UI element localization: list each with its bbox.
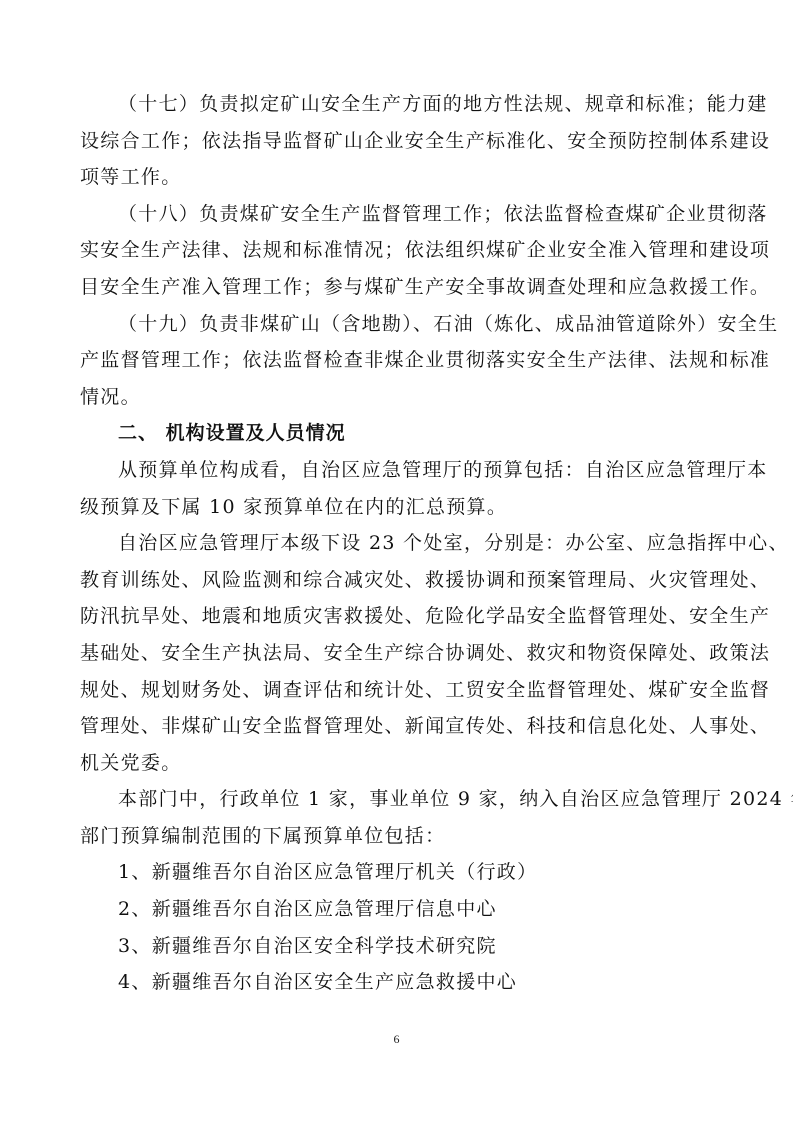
text-line: 产监督管理工作；依法监督检查非煤企业贯彻落实安全生产法律、法规和标准	[80, 342, 713, 379]
list-item: 1、新疆维吾尔自治区应急管理厅机关（行政）	[80, 854, 713, 891]
budget-unit-list: 1、新疆维吾尔自治区应急管理厅机关（行政） 2、新疆维吾尔自治区应急管理厅信息中…	[80, 854, 713, 1000]
paragraph-item-18: （十八）负责煤矿安全生产监督管理工作；依法监督检查煤矿企业贯彻落 实安全生产法律…	[80, 196, 713, 306]
list-item: 4、新疆维吾尔自治区安全生产应急救援中心	[80, 964, 713, 1001]
text-line: 情况。	[80, 379, 713, 416]
paragraph-budget-composition: 从预算单位构成看，自治区应急管理厅的预算包括：自治区应急管理厅本 级预算及下属 …	[80, 452, 713, 525]
paragraph-item-19: （十九）负责非煤矿山（含地勘）、石油（炼化、成品油管道除外）安全生 产监督管理工…	[80, 306, 713, 416]
text-line: 规处、规划财务处、调查评估和统计处、工贸安全监督管理处、煤矿安全监督	[80, 672, 713, 709]
text-line: 目安全生产准入管理工作；参与煤矿生产安全事故调查处理和应急救援工作。	[80, 269, 713, 306]
paragraph-units: 本部门中，行政单位 1 家，事业单位 9 家，纳入自治区应急管理厅 2024 年…	[80, 781, 713, 854]
paragraph-item-17: （十七）负责拟定矿山安全生产方面的地方性法规、规章和标准；能力建 设综合工作；依…	[80, 86, 713, 196]
text-line: （十八）负责煤矿安全生产监督管理工作；依法监督检查煤矿企业贯彻落	[80, 196, 713, 233]
text-line: 级预算及下属 10 家预算单位在内的汇总预算。	[80, 489, 713, 526]
text-line: （十九）负责非煤矿山（含地勘）、石油（炼化、成品油管道除外）安全生	[80, 306, 713, 343]
list-item: 3、新疆维吾尔自治区安全科学技术研究院	[80, 928, 713, 965]
text-line: 教育训练处、风险监测和综合减灾处、救援协调和预案管理局、火灾管理处、	[80, 562, 713, 599]
page-content: （十七）负责拟定矿山安全生产方面的地方性法规、规章和标准；能力建 设综合工作；依…	[80, 86, 713, 1001]
text-line: 基础处、安全生产执法局、安全生产综合协调处、救灾和物资保障处、政策法	[80, 635, 713, 672]
text-line: 本部门中，行政单位 1 家，事业单位 9 家，纳入自治区应急管理厅 2024 年	[80, 781, 713, 818]
document-page: （十七）负责拟定矿山安全生产方面的地方性法规、规章和标准；能力建 设综合工作；依…	[0, 0, 793, 1122]
text-line: 设综合工作；依法指导监督矿山企业安全生产标准化、安全预防控制体系建设	[80, 123, 713, 160]
text-line: 防汛抗旱处、地震和地质灾害救援处、危险化学品安全监督管理处、安全生产	[80, 598, 713, 635]
text-line: （十七）负责拟定矿山安全生产方面的地方性法规、规章和标准；能力建	[80, 86, 713, 123]
list-item: 2、新疆维吾尔自治区应急管理厅信息中心	[80, 891, 713, 928]
page-number: 6	[0, 1032, 793, 1047]
text-line: 项等工作。	[80, 159, 713, 196]
text-line: 机关党委。	[80, 745, 713, 782]
text-line: 实安全生产法律、法规和标准情况；依法组织煤矿企业安全准入管理和建设项	[80, 232, 713, 269]
paragraph-departments: 自治区应急管理厅本级下设 23 个处室，分别是：办公室、应急指挥中心、 教育训练…	[80, 525, 713, 781]
text-line: 部门预算编制范围的下属预算单位包括：	[80, 818, 713, 855]
text-line: 管理处、非煤矿山安全监督管理处、新闻宣传处、科技和信息化处、人事处、	[80, 708, 713, 745]
text-line: 自治区应急管理厅本级下设 23 个处室，分别是：办公室、应急指挥中心、	[80, 525, 713, 562]
section-heading: 二、 机构设置及人员情况	[80, 415, 713, 452]
text-line: 从预算单位构成看，自治区应急管理厅的预算包括：自治区应急管理厅本	[80, 452, 713, 489]
